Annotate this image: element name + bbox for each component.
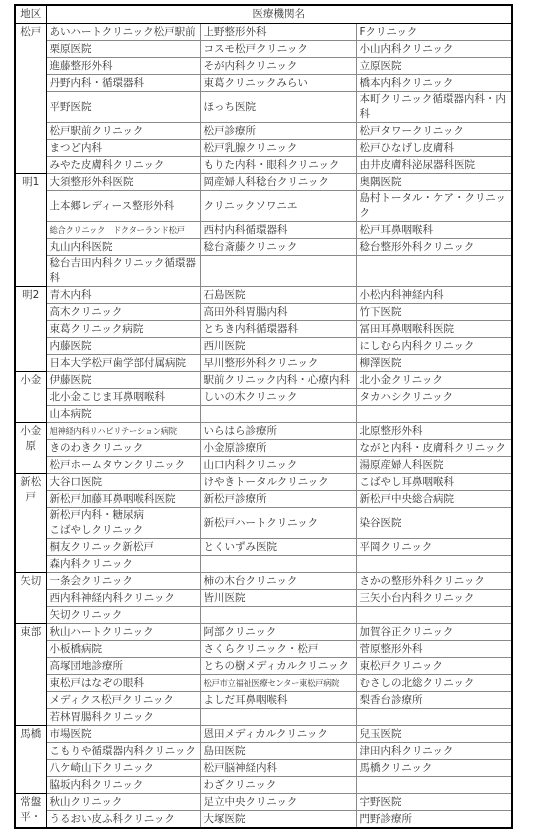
clinic-cell: 大塚医院 [200, 811, 356, 829]
clinic-cell: ながと内科・皮膚科クリニック [356, 440, 512, 457]
clinic-cell: 上野整形外科 [200, 24, 356, 41]
medical-institution-table: 地区 医療機関名 松戸あいハートクリニック松戸駅前上野整形外科Fクリニック栗原医… [14, 4, 513, 829]
table-row: 明2青木内科石島医院小松内科神経内科 [15, 287, 512, 304]
clinic-cell: うるおい皮ふ科クリニック [46, 811, 200, 829]
clinic-cell: 西村内科循環器科 [200, 222, 356, 239]
table-row: 北小金こじま耳鼻咽喉科しいの木クリニックタカハシクリニック [15, 389, 512, 406]
table-row: 矢切クリニック [15, 607, 512, 624]
clinic-cell: とちき内科循環器科 [200, 321, 356, 338]
clinic-cell: 小山内科クリニック [356, 41, 512, 58]
clinic-cell: 山本病院 [46, 406, 200, 423]
clinic-cell: 高木クリニック [46, 304, 200, 321]
district-cell: 馬橋 [15, 726, 46, 794]
clinic-cell: 島村トータル・ケア・クリニック [356, 191, 512, 222]
clinic-cell: 西内科神経内科クリニック [46, 590, 200, 607]
table-row: 小金伊藤医院駅前クリニック内科・心療内科北小金クリニック [15, 372, 512, 389]
table-row: 東部秋山ハートクリニック阿部クリニック加賀谷正クリニック [15, 624, 512, 641]
clinic-cell: 新松戸内科・糖尿病 こばやしクリニック [46, 508, 200, 539]
clinic-cell: 秋山ハートクリニック [46, 624, 200, 641]
clinic-cell: 湯原産婦人科医院 [356, 457, 512, 474]
clinic-cell: 小金原診療所 [200, 440, 356, 457]
table-row: きのわきクリニック小金原診療所ながと内科・皮膚科クリニック [15, 440, 512, 457]
clinic-cell: けやきトータルクリニック [200, 474, 356, 491]
clinic-cell: 梨香台診療所 [356, 692, 512, 709]
clinic-cell: さくらクリニック・松戸 [200, 641, 356, 658]
clinic-cell: 東松戸はなぞの眼科 [46, 675, 200, 692]
clinic-cell: 染谷医院 [356, 508, 512, 539]
district-cell: 松戸 [15, 24, 46, 174]
table-row: 松戸あいハートクリニック松戸駅前上野整形外科Fクリニック [15, 24, 512, 41]
clinic-cell: 丸山内科医院 [46, 239, 200, 256]
table-row: 進藤整形外科そが内科クリニック立原医院 [15, 58, 512, 75]
table-row: こもりや循環器内科クリニック島田医院津田内科クリニック [15, 743, 512, 760]
table-row: 東葛クリニック病院とちき内科循環器科冨田耳鼻咽喉科医院 [15, 321, 512, 338]
table-row: 東松戸はなぞの眼科松戸市立福祉医療センター東松戸病院むさしの北総クリニック [15, 675, 512, 692]
clinic-cell: 竹下医院 [356, 304, 512, 321]
clinic-cell: 柿の木台クリニック [200, 573, 356, 590]
clinic-cell: 菅原整形外科 [356, 641, 512, 658]
clinic-cell: 島田医院 [200, 743, 356, 760]
clinic-cell: 宇野医院 [356, 794, 512, 811]
clinic-cell: 駅前クリニック内科・心療内科 [200, 372, 356, 389]
clinic-cell: 松戸ひなげし皮膚科 [356, 140, 512, 157]
clinic-cell: 平野医院 [46, 92, 200, 123]
clinic-cell: 津田内科クリニック [356, 743, 512, 760]
clinic-cell: まつど内科 [46, 140, 200, 157]
clinic-cell: 橋本内科クリニック [356, 75, 512, 92]
clinic-cell: 高田外科胃腸内科 [200, 304, 356, 321]
table-row: 平野医院ほっち医院本町クリニック循環器内科・内科 [15, 92, 512, 123]
table-row: 西内科神経内科クリニック皆川医院三矢小台内科クリニック [15, 590, 512, 607]
clinic-cell: 阿部クリニック [200, 624, 356, 641]
district-cell: 明1 [15, 174, 46, 287]
clinic-cell: 足立中央クリニック [200, 794, 356, 811]
clinic-cell: にしむら内科クリニック [356, 338, 512, 355]
clinic-cell: 旭神経内科リハビリテーション病院 [46, 423, 200, 440]
clinic-cell: 冨田耳鼻咽喉科医院 [356, 321, 512, 338]
clinic-cell: 由井皮膚科泌尿器科医院 [356, 157, 512, 174]
clinic-cell [200, 709, 356, 726]
clinic-cell: 日本大学松戸歯学部付属病院 [46, 355, 200, 372]
clinic-cell: きのわきクリニック [46, 440, 200, 457]
table-row: みやた皮膚科クリニックもりた内科・眼科クリニック由井皮膚科泌尿器科医院 [15, 157, 512, 174]
clinic-cell: 秋山クリニック [46, 794, 200, 811]
district-column-header: 地区 [15, 5, 46, 24]
clinic-cell: コスモ松戸クリニック [200, 41, 356, 58]
table-row: 小金原旭神経内科リハビリテーション病院いらはら診療所北原整形外科 [15, 423, 512, 440]
clinic-cell: 加賀谷正クリニック [356, 624, 512, 641]
table-row: 脇坂内科クリニックわざクリニック [15, 777, 512, 794]
clinic-cell: あいハートクリニック松戸駅前 [46, 24, 200, 41]
clinic-cell: 進藤整形外科 [46, 58, 200, 75]
clinic-cell: 市場医院 [46, 726, 200, 743]
table-row: 明1大須整形外科医院岡産婦人科稔台クリニック奥隅医院 [15, 174, 512, 191]
header-row: 地区 医療機関名 [15, 5, 512, 24]
table-row: 八ケ崎山下クリニック松戸脳神経内科馬橋クリニック [15, 760, 512, 777]
clinic-cell: 山口内科クリニック [200, 457, 356, 474]
clinic-cell: そが内科クリニック [200, 58, 356, 75]
clinic-cell: 新松戸加藤耳鼻咽喉科医院 [46, 491, 200, 508]
clinic-cell [356, 256, 512, 287]
table-row: 高塚団地診療所とちの樹メディカルクリニック東松戸クリニック [15, 658, 512, 675]
clinic-cell: Fクリニック [356, 24, 512, 41]
table-row: 山本病院 [15, 406, 512, 423]
clinic-cell: 平岡クリニック [356, 539, 512, 556]
table-row: 森内科クリニック [15, 556, 512, 573]
clinic-cell: わざクリニック [200, 777, 356, 794]
clinic-cell: 稔台吉田内科クリニック循環器科 [46, 256, 200, 287]
clinic-cell: タカハシクリニック [356, 389, 512, 406]
clinic-cell: 八ケ崎山下クリニック [46, 760, 200, 777]
clinic-cell: 森内科クリニック [46, 556, 200, 573]
clinic-cell [200, 256, 356, 287]
clinic-cell: 松戸タワークリニック [356, 123, 512, 140]
clinic-cell [356, 709, 512, 726]
clinic-cell: 松戸耳鼻咽喉科 [356, 222, 512, 239]
facility-name-header: 医療機関名 [46, 5, 512, 24]
clinic-cell: 三矢小台内科クリニック [356, 590, 512, 607]
table-row: 総合クリニック ドクターランド松戸西村内科循環器科松戸耳鼻咽喉科 [15, 222, 512, 239]
table-row: まつど内科松戸乳腺クリニック松戸ひなげし皮膚科 [15, 140, 512, 157]
clinic-cell: ほっち医院 [200, 92, 356, 123]
clinic-cell: 大谷口医院 [46, 474, 200, 491]
table-row: 松戸ホームタウンクリニック山口内科クリニック湯原産婦人科医院 [15, 457, 512, 474]
table-row: 丹野内科・循環器科東葛クリニックみらい橋本内科クリニック [15, 75, 512, 92]
clinic-cell: みやた皮膚科クリニック [46, 157, 200, 174]
clinic-cell: 早川整形外科クリニック [200, 355, 356, 372]
table-row: 馬橋市場医院恩田メディカルクリニック兒玉医院 [15, 726, 512, 743]
clinic-cell: 兒玉医院 [356, 726, 512, 743]
table-row: 上本郷レディース整形外科クリニックソワニエ島村トータル・ケア・クリニック [15, 191, 512, 222]
district-cell: 矢切 [15, 573, 46, 624]
clinic-cell: 東葛クリニックみらい [200, 75, 356, 92]
clinic-cell: 松戸脳神経内科 [200, 760, 356, 777]
clinic-cell: 内藤医院 [46, 338, 200, 355]
clinic-cell: 東松戸クリニック [356, 658, 512, 675]
district-cell: 新松戸 [15, 474, 46, 573]
clinic-cell: 一条会クリニック [46, 573, 200, 590]
table-row: 松戸駅前クリニック松戸診療所松戸タワークリニック [15, 123, 512, 140]
clinic-cell: 脇坂内科クリニック [46, 777, 200, 794]
table-row: 若林胃腸科クリニック [15, 709, 512, 726]
clinic-cell: 松戸診療所 [200, 123, 356, 140]
clinic-cell: 栗原医院 [46, 41, 200, 58]
clinic-cell [200, 556, 356, 573]
clinic-cell [356, 406, 512, 423]
clinic-cell: 総合クリニック ドクターランド松戸 [46, 222, 200, 239]
clinic-cell: 伊藤医院 [46, 372, 200, 389]
clinic-cell: 小松内科神経内科 [356, 287, 512, 304]
table-row: 丸山内科医院稔台斎藤クリニック稔台整形外科クリニック [15, 239, 512, 256]
table-row: 日本大学松戸歯学部付属病院早川整形外科クリニック柳澤医院 [15, 355, 512, 372]
district-cell: 常盤平・ [15, 794, 46, 829]
clinic-cell: 松戸駅前クリニック [46, 123, 200, 140]
clinic-cell [356, 777, 512, 794]
clinic-cell: 門野診療所 [356, 811, 512, 829]
clinic-cell: とくいずみ医院 [200, 539, 356, 556]
table-row: 新松戸加藤耳鼻咽喉科医院新松戸診療所新松戸中央総合病院 [15, 491, 512, 508]
clinic-cell [200, 607, 356, 624]
clinic-cell: 新松戸ハートクリニック [200, 508, 356, 539]
clinic-cell: こもりや循環器内科クリニック [46, 743, 200, 760]
table-row: 高木クリニック高田外科胃腸内科竹下医院 [15, 304, 512, 321]
table-row: 矢切一条会クリニック柿の木台クリニックさかの整形外科クリニック [15, 573, 512, 590]
clinic-cell: 新松戸診療所 [200, 491, 356, 508]
clinic-cell: 小板橋病院 [46, 641, 200, 658]
clinic-cell: 岡産婦人科稔台クリニック [200, 174, 356, 191]
table-row: うるおい皮ふ科クリニック大塚医院門野診療所 [15, 811, 512, 829]
table-row: 常盤平・秋山クリニック足立中央クリニック宇野医院 [15, 794, 512, 811]
clinic-cell: しいの木クリニック [200, 389, 356, 406]
clinic-cell: 本町クリニック循環器内科・内科 [356, 92, 512, 123]
clinic-cell: 稔台斎藤クリニック [200, 239, 356, 256]
clinic-cell: 松戸ホームタウンクリニック [46, 457, 200, 474]
clinic-cell: 松戸乳腺クリニック [200, 140, 356, 157]
clinic-cell: 丹野内科・循環器科 [46, 75, 200, 92]
clinic-cell: 北小金クリニック [356, 372, 512, 389]
clinic-cell: むさしの北総クリニック [356, 675, 512, 692]
table-row: 内藤医院西川医院にしむら内科クリニック [15, 338, 512, 355]
clinic-cell: 北小金こじま耳鼻咽喉科 [46, 389, 200, 406]
district-cell: 東部 [15, 624, 46, 726]
clinic-cell: 奥隅医院 [356, 174, 512, 191]
district-cell: 明2 [15, 287, 46, 372]
clinic-cell: 上本郷レディース整形外科 [46, 191, 200, 222]
clinic-cell: 西川医院 [200, 338, 356, 355]
clinic-cell: 東葛クリニック病院 [46, 321, 200, 338]
clinic-cell: 立原医院 [356, 58, 512, 75]
clinic-cell: 若林胃腸科クリニック [46, 709, 200, 726]
table-row: 小板橋病院さくらクリニック・松戸菅原整形外科 [15, 641, 512, 658]
clinic-cell: こばやし耳鼻咽喉科 [356, 474, 512, 491]
table-row: 新松戸大谷口医院けやきトータルクリニックこばやし耳鼻咽喉科 [15, 474, 512, 491]
table-row: 栗原医院コスモ松戸クリニック小山内科クリニック [15, 41, 512, 58]
clinic-cell: メディクス松戸クリニック [46, 692, 200, 709]
clinic-cell: 矢切クリニック [46, 607, 200, 624]
clinic-cell: 稔台整形外科クリニック [356, 239, 512, 256]
clinic-cell [356, 607, 512, 624]
table-row: 新松戸内科・糖尿病 こばやしクリニック新松戸ハートクリニック染谷医院 [15, 508, 512, 539]
clinic-cell: 馬橋クリニック [356, 760, 512, 777]
clinic-cell: 柳澤医院 [356, 355, 512, 372]
district-cell: 小金 [15, 372, 46, 423]
clinic-cell: さかの整形外科クリニック [356, 573, 512, 590]
clinic-cell: 新松戸中央総合病院 [356, 491, 512, 508]
table-row: メディクス松戸クリニックよしだ耳鼻咽喉科梨香台診療所 [15, 692, 512, 709]
clinic-cell: 石島医院 [200, 287, 356, 304]
clinic-cell: 松戸市立福祉医療センター東松戸病院 [200, 675, 356, 692]
clinic-cell [356, 556, 512, 573]
district-cell: 小金原 [15, 423, 46, 474]
clinic-cell: クリニックソワニエ [200, 191, 356, 222]
clinic-cell: 大須整形外科医院 [46, 174, 200, 191]
clinic-cell: いらはら診療所 [200, 423, 356, 440]
clinic-cell: 北原整形外科 [356, 423, 512, 440]
clinic-cell: もりた内科・眼科クリニック [200, 157, 356, 174]
clinic-cell: 桐友クリニック新松戸 [46, 539, 200, 556]
table-row: 桐友クリニック新松戸とくいずみ医院平岡クリニック [15, 539, 512, 556]
clinic-cell: とちの樹メディカルクリニック [200, 658, 356, 675]
clinic-cell: よしだ耳鼻咽喉科 [200, 692, 356, 709]
table-row: 稔台吉田内科クリニック循環器科 [15, 256, 512, 287]
clinic-cell: 恩田メディカルクリニック [200, 726, 356, 743]
clinic-cell: 皆川医院 [200, 590, 356, 607]
clinic-cell: 高塚団地診療所 [46, 658, 200, 675]
clinic-cell [200, 406, 356, 423]
clinic-cell: 青木内科 [46, 287, 200, 304]
